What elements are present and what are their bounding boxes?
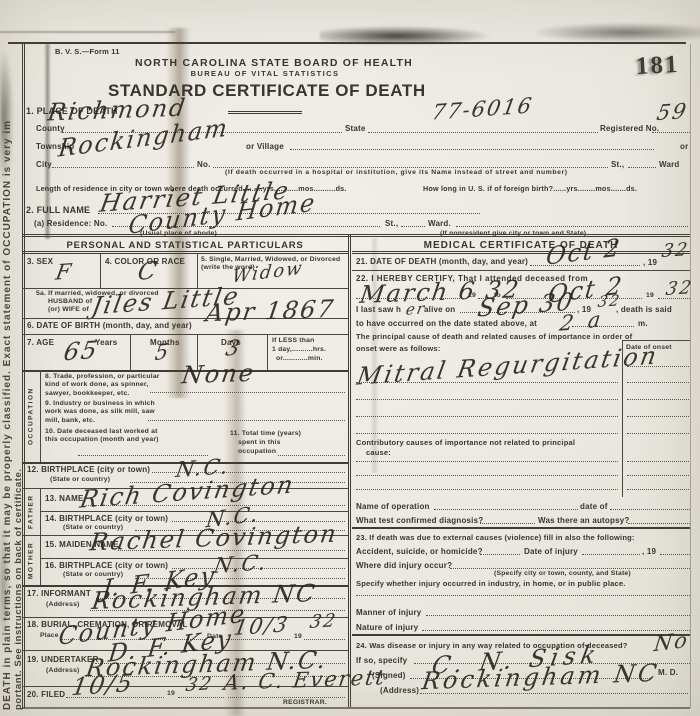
onset-line-4 <box>627 416 689 417</box>
form-right-border <box>690 44 691 708</box>
mother-birthplace-value: N.C. <box>212 550 270 578</box>
form-top-border <box>8 42 686 44</box>
village-line <box>290 149 654 150</box>
date-of-death-year: 32 <box>660 239 691 262</box>
registered-no-label: Registered No. <box>600 124 659 133</box>
state-label: State <box>345 124 366 133</box>
total-time-label-3: occupation <box>238 448 276 455</box>
spouse-label-3: (or) WIFE of <box>48 306 89 313</box>
column-divider <box>348 234 351 707</box>
manner-line <box>426 615 690 616</box>
registrar-signature-line <box>228 697 345 698</box>
registered-no-value: 59 <box>655 99 690 126</box>
dob-value: Apr 1867 <box>204 295 337 328</box>
external-causes-label: 23. If death was due to external causes … <box>356 533 635 542</box>
occurred-ampm-value: a <box>587 307 604 333</box>
color-race-value: C <box>136 256 161 286</box>
registrar-label: REGISTRAR. <box>283 699 327 706</box>
age-months-value: 5 <box>154 339 172 365</box>
attended-to-year-value: 32 <box>664 277 695 300</box>
onset-line-6 <box>627 461 689 462</box>
sex-color-divider <box>100 254 101 288</box>
principal-cause-label-1: The principal cause of death and related… <box>356 332 632 341</box>
burial-year-value: 32 <box>308 610 339 633</box>
city-label: City <box>36 160 52 169</box>
total-time-line <box>278 455 345 456</box>
or-word: or <box>680 142 688 151</box>
operation-date-of-label: date of <box>580 502 608 511</box>
death-said-label: , death is said <box>616 305 672 314</box>
onset-line-5 <box>627 433 689 434</box>
last-saw-label: I last saw h <box>356 305 401 314</box>
onset-line-3 <box>627 399 689 400</box>
md-label: M. D. <box>658 668 678 677</box>
bureau-title: BUREAU OF VITAL STATISTICS <box>135 69 395 78</box>
residence-st-line <box>401 226 425 227</box>
burial-date-value: 10/3 <box>232 612 291 640</box>
city-ward-label: Ward <box>659 160 680 169</box>
state-line <box>368 132 598 133</box>
residence-ward-line <box>456 226 688 227</box>
contributory-line-2 <box>356 475 618 476</box>
specify-where-label: Specify whether injury occurred in indus… <box>356 579 626 588</box>
mother-side-tab: MOTHER <box>24 537 38 583</box>
operation-date-line <box>610 509 690 510</box>
contributory-label-1: Contributory causes of importance not re… <box>356 438 575 447</box>
cause-line-3 <box>356 416 618 417</box>
row-15-rule <box>40 558 348 559</box>
filed-year-line <box>178 697 224 698</box>
injury-19-label: , 19 <box>642 547 656 556</box>
scan-smudge-top-left-line <box>0 31 175 33</box>
medical-header-rule <box>352 251 690 254</box>
death-certificate-scan: DEATH in plain terms, so that it may be … <box>0 0 700 716</box>
date-of-death-19: , 19 <box>643 258 657 267</box>
filed-year-prefix: 19 <box>167 690 175 697</box>
trade-label: 8. Trade, profession, or particular kind… <box>45 373 167 398</box>
filed-label: 20. FILED <box>27 690 65 699</box>
last-worked-line <box>78 455 208 456</box>
residence-ward-label: Ward. <box>428 219 451 228</box>
trade-value: None <box>180 359 257 390</box>
birthplace-label: 12. BIRTHPLACE (city or town) <box>27 465 150 474</box>
operation-label: Name of operation <box>356 502 430 511</box>
where-injury-label: Where did injury occur? <box>356 561 452 570</box>
personal-header-rule <box>22 251 348 254</box>
test-label: What test confirmed diagnosis? <box>356 516 483 525</box>
physician-address-label: (Address) <box>380 686 419 695</box>
foreign-birth-label: How long in U. S. if of foreign birth?..… <box>423 184 637 193</box>
row-24-top-rule <box>352 634 690 636</box>
hospital-note: (If death occurred in a hospital or inst… <box>225 169 568 176</box>
cause-line-2 <box>356 399 618 400</box>
industry-line <box>148 420 345 421</box>
row-6-rule <box>22 334 348 335</box>
where-injury-line <box>450 568 690 569</box>
occupation-tab-border <box>40 370 41 462</box>
total-time-label-2: spent in this <box>238 439 281 446</box>
scan-smudge-top-right <box>535 23 700 42</box>
occurred-m-label: m. <box>638 319 648 328</box>
onset-line-7 <box>627 475 689 476</box>
board-title: NORTH CAROLINA STATE BOARD OF HEALTH <box>135 57 395 69</box>
injury-date-label: Date of injury <box>524 547 578 556</box>
nature-of-injury-label: Nature of injury <box>356 623 418 632</box>
cause-line-4 <box>356 433 618 434</box>
burial-year-prefix: 19 <box>294 633 302 640</box>
trade-line <box>150 392 345 393</box>
birthplace-state-label: (State or country) <box>50 476 110 483</box>
age-label: 7. AGE <box>27 338 54 347</box>
residence-st-label: St., <box>385 219 398 228</box>
filed-date-value: 10/5 <box>70 669 137 702</box>
city-st-label: St., <box>611 160 624 169</box>
sex-value: F <box>54 259 75 285</box>
row-21-rule <box>352 270 690 271</box>
contributory-label-2: cause: <box>366 448 391 457</box>
registered-no-line <box>652 132 690 133</box>
full-name-label: 2. FULL NAME <box>26 205 90 215</box>
city-line <box>52 167 194 168</box>
specify-line <box>356 595 690 596</box>
city-no-line <box>213 167 608 168</box>
registrar-signature-value: A. C. Everett <box>222 665 387 695</box>
mother-tab-border <box>40 535 41 585</box>
operation-line <box>434 509 578 510</box>
accident-label: Accident, suicide, or homicide? <box>356 547 483 556</box>
injury-19-line <box>660 554 690 555</box>
industry-label: 9. Industry or business in which work wa… <box>45 400 167 425</box>
nature-line <box>422 630 690 631</box>
related-occupation-value: No <box>653 628 691 657</box>
spouse-label-2: HUSBAND of <box>48 298 92 305</box>
accident-line <box>480 554 520 555</box>
certificate-number-stamp: 181 <box>635 51 680 81</box>
city-no-label: No. <box>197 160 211 169</box>
attended-from-19: 19 <box>468 292 476 299</box>
injury-date-line <box>582 554 640 555</box>
dob-label: 6. DATE OF BIRTH (month, day, and year) <box>27 321 192 330</box>
form-bottom-border <box>22 707 690 709</box>
informant-label: 17. INFORMANT <box>27 589 91 598</box>
occupation-side-tab: OCCUPATION <box>24 374 38 458</box>
if-less-label-2: 1 day,..........hrs. <box>272 346 326 353</box>
city-st-line <box>628 167 656 168</box>
occurred-label: to have occurred on the date stated abov… <box>356 319 537 328</box>
if-less-label-3: or............min. <box>276 355 323 362</box>
signed-label: (Signed) <box>372 671 406 680</box>
medical-section-header: MEDICAL CERTIFICATE OF DEATH <box>352 240 690 251</box>
age-days-value: 3 <box>224 335 244 360</box>
row-13-rule <box>40 511 348 512</box>
title-rule <box>228 111 302 114</box>
cause-line-1 <box>356 382 618 383</box>
last-worked-label: 10. Date deceased last worked at this oc… <box>45 428 163 445</box>
principal-cause-label-2: onset were as follows: <box>356 344 440 353</box>
if-less-label-1: If LESS than <box>272 337 314 344</box>
onset-line-2 <box>627 382 689 383</box>
color-marital-divider <box>197 254 198 288</box>
sex-label: 3. SEX <box>27 257 53 266</box>
age-divider-1 <box>130 334 131 370</box>
autopsy-line <box>628 523 690 524</box>
if-so-specify-label: If so, specify <box>356 656 407 665</box>
margin-note-line-1: DEATH in plain terms, so that it may be … <box>2 120 13 710</box>
attended-from-line <box>356 298 464 299</box>
autopsy-label: Was there an autopsy? <box>538 516 629 525</box>
onset-line-8 <box>627 489 689 490</box>
row-23-top-rule <box>352 527 690 529</box>
test-line <box>480 523 535 524</box>
alive-on-label: alive on <box>424 305 455 314</box>
manner-of-injury-label: Manner of injury <box>356 608 421 617</box>
village-label: or Village <box>246 142 284 151</box>
burial-place-label: Place <box>40 632 59 639</box>
file-number-value: 77-6016 <box>430 93 535 124</box>
contributory-line-3 <box>356 489 618 490</box>
burial-year-line <box>304 639 345 640</box>
age-divider-3 <box>267 334 268 370</box>
form-number: B. V. S.—Form 11 <box>55 47 120 56</box>
residence-label: (a) Residence: No. <box>34 219 107 228</box>
total-time-label-1: 11. Total time (years) <box>230 430 301 437</box>
father-birthplace-label: 14. BIRTHPLACE (city or town) <box>45 514 168 523</box>
informant-address-label: (Address) <box>46 601 80 608</box>
filed-year-value: 32 <box>184 673 215 696</box>
specify-city-note: (Specify city or town, county, and State… <box>494 570 631 577</box>
father-name-label: 13. NAME <box>45 494 84 503</box>
onset-line-1 <box>627 366 689 367</box>
date-of-death-label: 21. DATE OF DEATH (month, day, and year) <box>356 257 528 266</box>
age-years-value: 65 <box>62 336 101 367</box>
contributory-line-1 <box>356 461 618 462</box>
father-side-tab: FATHER <box>24 490 38 533</box>
occurred-line <box>572 326 634 327</box>
attended-to-19: 19 <box>646 292 654 299</box>
personal-section-header: PERSONAL AND STATISTICAL PARTICULARS <box>22 240 348 251</box>
